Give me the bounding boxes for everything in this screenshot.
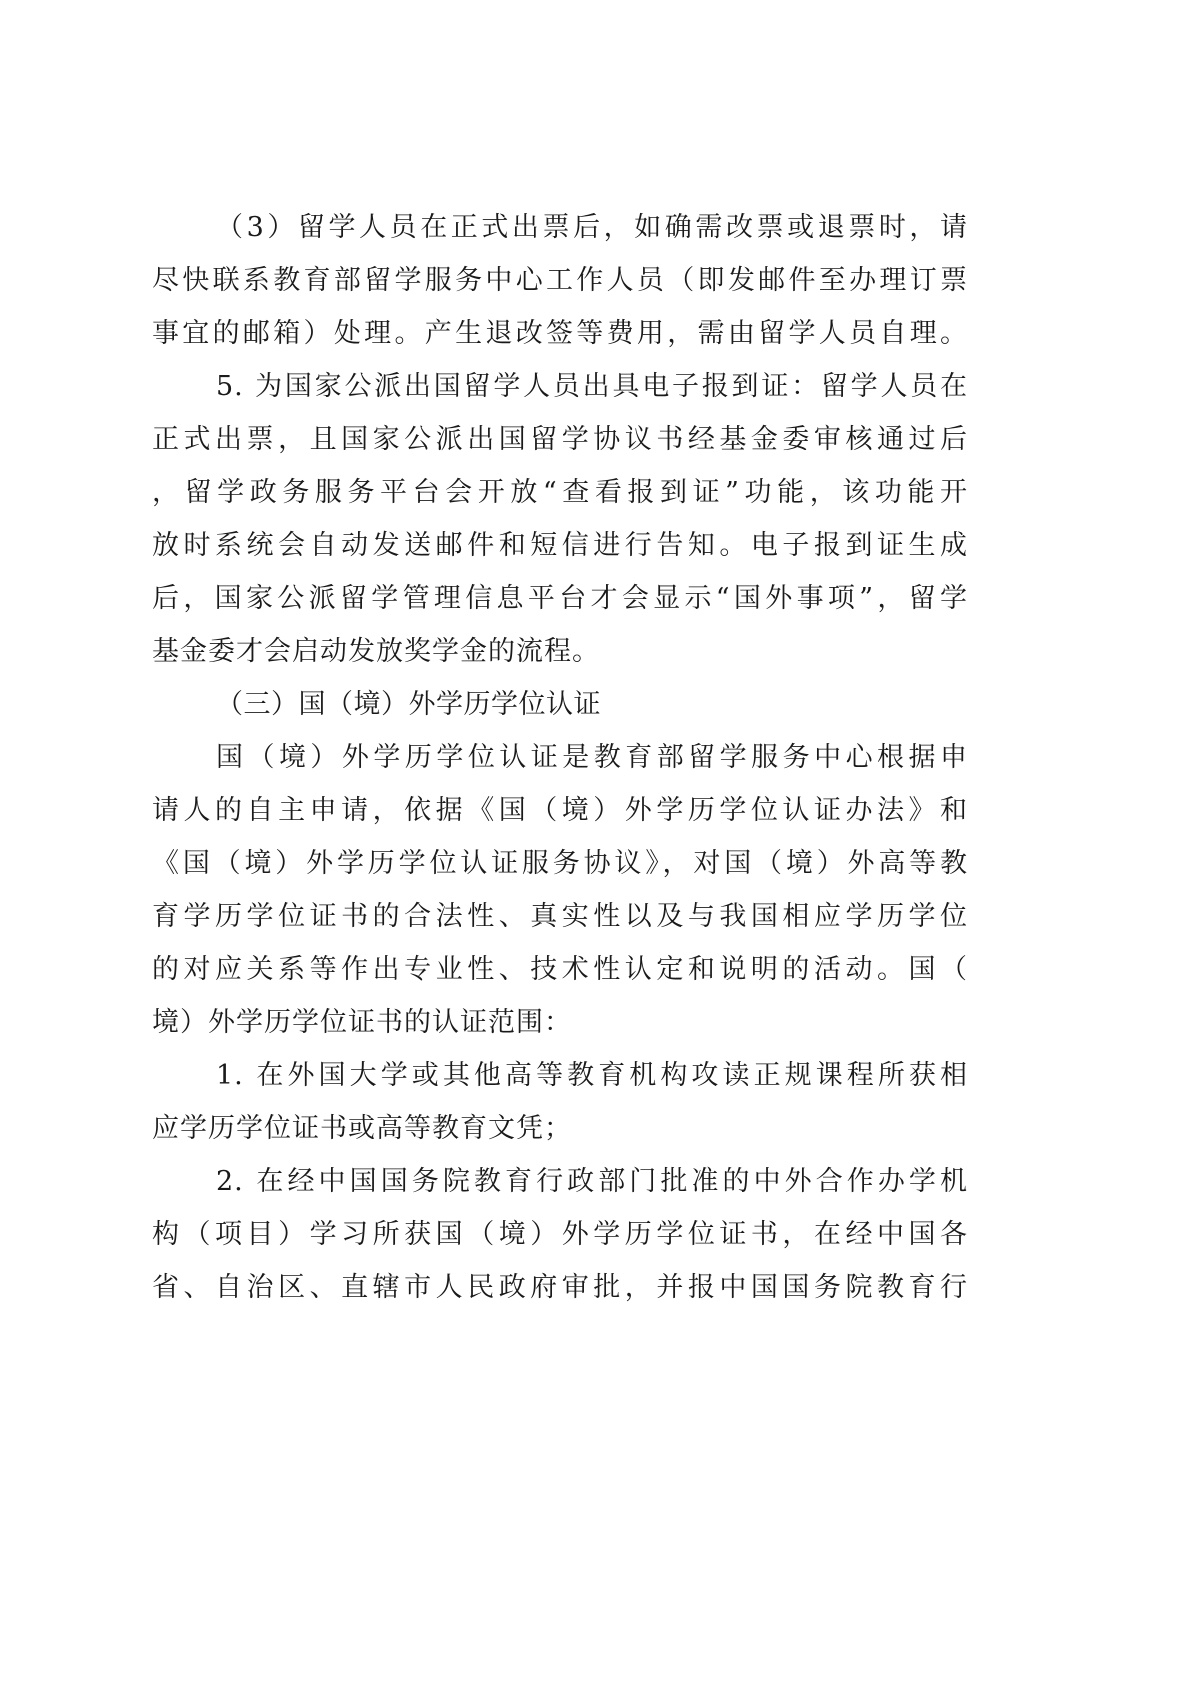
paragraph-line: 放时系统会自动发送邮件和短信进行告知。电子报到证生成 — [152, 523, 968, 576]
paragraph-line: 的对应关系等作出专业性、技术性认定和说明的活动。国（ — [152, 947, 968, 1000]
paragraph-line: 后，国家公派留学管理信息平台才会显示“国外事项”，留学 — [152, 576, 968, 629]
paragraph-line: 5. 为国家公派出国留学人员出具电子报到证：留学人员在 — [152, 364, 968, 417]
list-item-line: 构（项目）学习所获国（境）外学历学位证书，在经中国各 — [152, 1212, 968, 1265]
paragraph-line: 国（境）外学历学位认证是教育部留学服务中心根据申 — [152, 735, 968, 788]
paragraph-line: 请人的自主申请，依据《国（境）外学历学位认证办法》和 — [152, 788, 968, 841]
list-item-line: 应学历学位证书或高等教育文凭； — [152, 1106, 968, 1159]
paragraph-line: ，留学政务服务平台会开放“查看报到证”功能，该功能开 — [152, 470, 968, 523]
document-page: （3）留学人员在正式出票后，如确需改票或退票时，请 尽快联系教育部留学服务中心工… — [0, 0, 1189, 1683]
paragraph-line: 基金委才会启动发放奖学金的流程。 — [152, 629, 968, 682]
paragraph-line: 育学历学位证书的合法性、真实性以及与我国相应学历学位 — [152, 894, 968, 947]
document-body: （3）留学人员在正式出票后，如确需改票或退票时，请 尽快联系教育部留学服务中心工… — [152, 205, 968, 1318]
paragraph-line: 《国（境）外学历学位认证服务协议》，对国（境）外高等教 — [152, 841, 968, 894]
list-item-line: 1. 在外国大学或其他高等教育机构攻读正规课程所获相 — [152, 1053, 968, 1106]
paragraph-line: 正式出票，且国家公派出国留学协议书经基金委审核通过后 — [152, 417, 968, 470]
paragraph-line: 境）外学历学位证书的认证范围： — [152, 1000, 968, 1053]
paragraph-line: 事宜的邮箱）处理。产生退改签等费用，需由留学人员自理。 — [152, 311, 968, 364]
section-heading: （三）国（境）外学历学位认证 — [152, 682, 968, 735]
list-item-line: 2. 在经中国国务院教育行政部门批准的中外合作办学机 — [152, 1159, 968, 1212]
paragraph-line: 尽快联系教育部留学服务中心工作人员（即发邮件至办理订票 — [152, 258, 968, 311]
list-item-line: 省、自治区、直辖市人民政府审批，并报中国国务院教育行 — [152, 1265, 968, 1318]
paragraph-line: （3）留学人员在正式出票后，如确需改票或退票时，请 — [152, 205, 968, 258]
